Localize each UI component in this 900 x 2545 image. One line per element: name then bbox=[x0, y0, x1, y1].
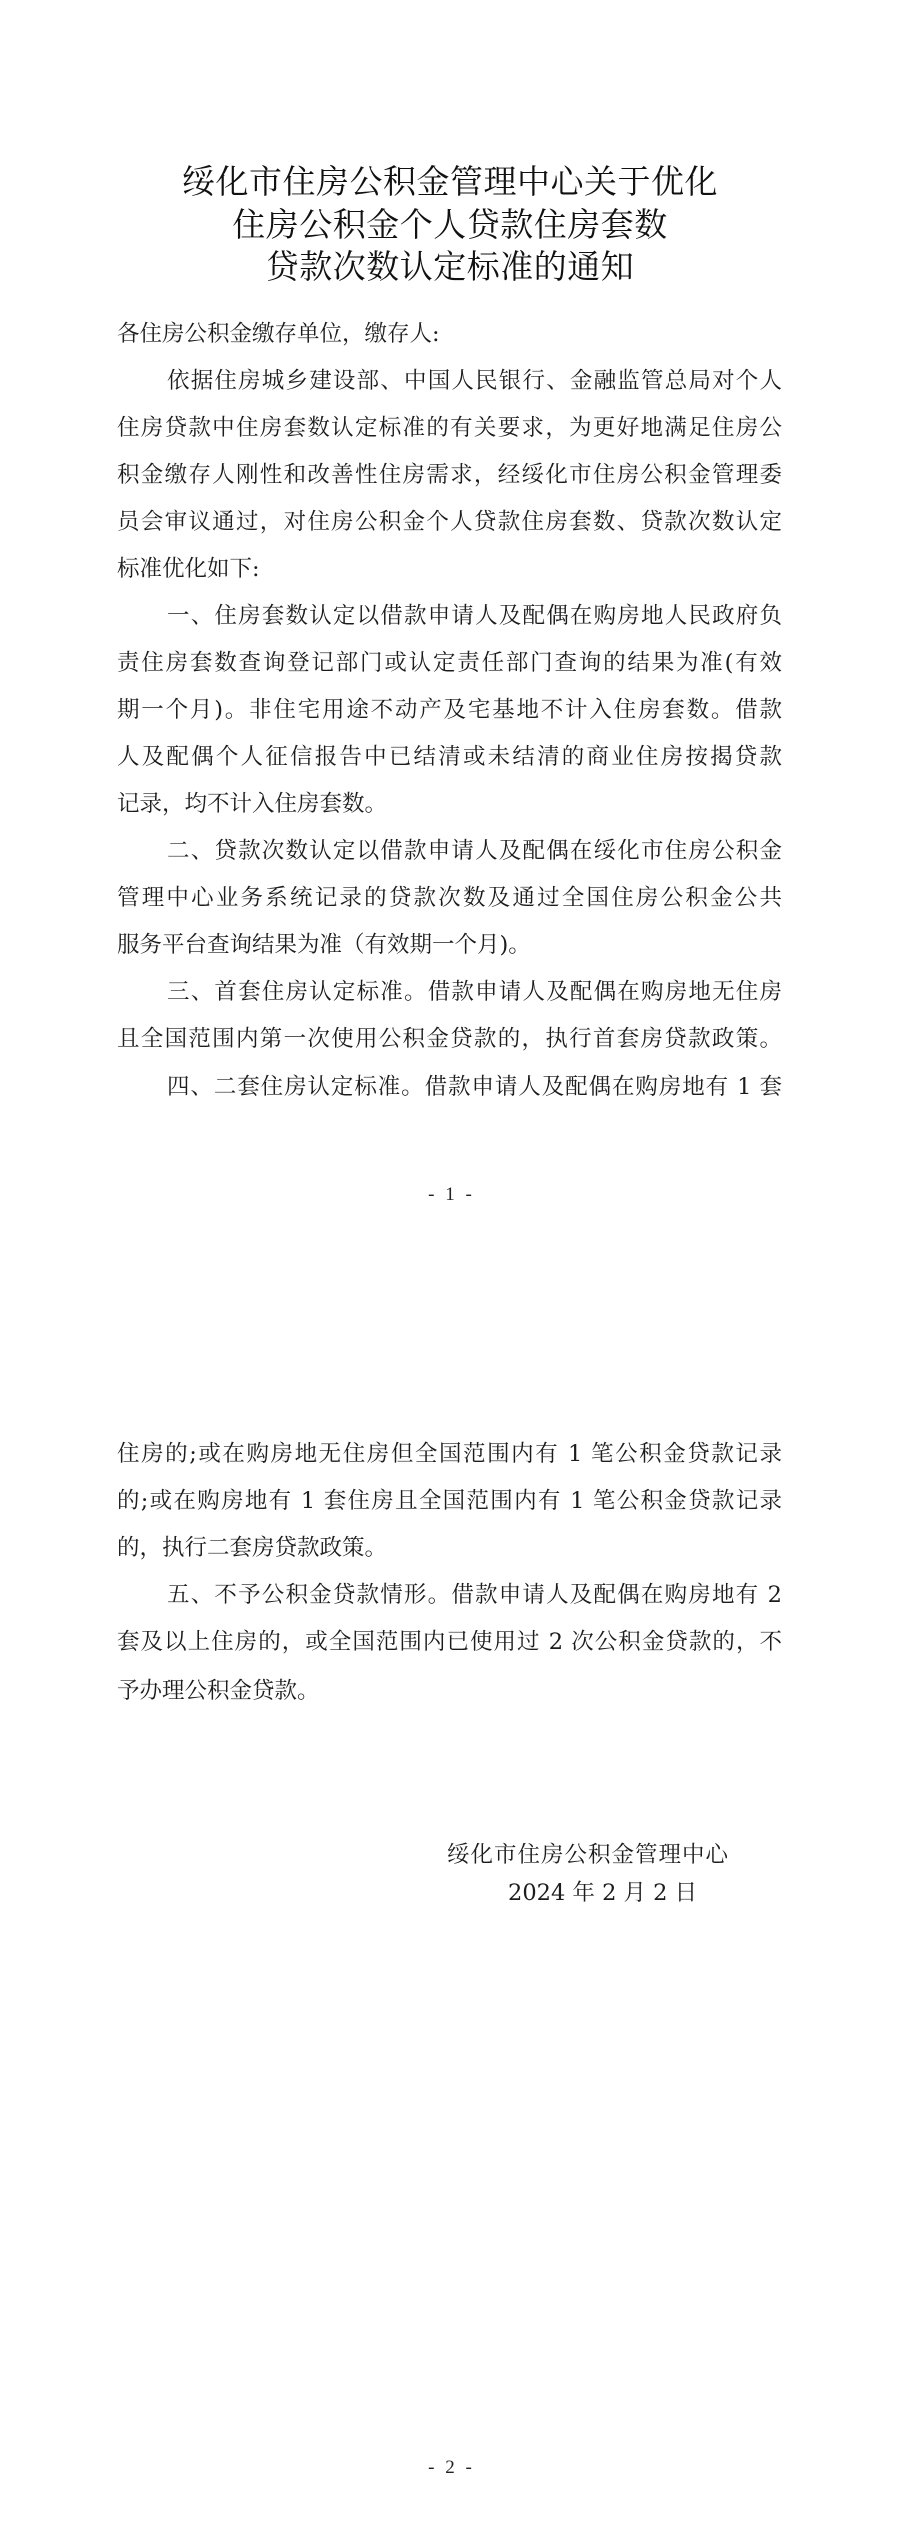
section-5-line: 五、不予公积金贷款情形。借款申请人及配偶在购房地有 2 bbox=[167, 1572, 782, 1619]
signature-date: 2024 年 2 月 2 日 bbox=[508, 1873, 697, 1913]
section-1-line: 责住房套数查询登记部门或认定责任部门查询的结果为准(有效 bbox=[117, 640, 782, 687]
section-3-line: 三、首套住房认定标准。借款申请人及配偶在购房地无住房 bbox=[167, 969, 782, 1016]
section-1-line: 记录，均不计入住房套数。 bbox=[117, 781, 782, 828]
signature-org: 绥化市住房公积金管理中心 bbox=[447, 1835, 729, 1875]
page-number: - 1 - bbox=[0, 1180, 900, 1210]
paragraph-line: 住房贷款中住房套数认定标准的有关要求，为更好地满足住房公 bbox=[117, 405, 782, 452]
document-page: 绥化市住房公积金管理中心关于优化 住房公积金个人贷款住房套数 贷款次数认定标准的… bbox=[0, 0, 900, 2545]
paragraph-line: 标准优化如下: bbox=[117, 546, 782, 593]
section-1-line: 一、住房套数认定以借款申请人及配偶在购房地人民政府负 bbox=[167, 593, 782, 640]
page-number: - 2 - bbox=[0, 2453, 900, 2483]
salutation: 各住房公积金缴存单位，缴存人: bbox=[117, 311, 782, 358]
section-1-line: 期一个月)。非住宅用途不动产及宅基地不计入住房套数。借款 bbox=[117, 687, 782, 734]
section-5-line: 予办理公积金贷款。 bbox=[117, 1668, 782, 1715]
title-line: 贷款次数认定标准的通知 bbox=[0, 246, 900, 289]
section-3-line: 且全国范围内第一次使用公积金贷款的，执行首套房贷款政策。 bbox=[117, 1016, 782, 1063]
paragraph-line: 员会审议通过，对住房公积金个人贷款住房套数、贷款次数认定 bbox=[117, 499, 782, 546]
paragraph-line: 积金缴存人刚性和改善性住房需求，经绥化市住房公积金管理委 bbox=[117, 452, 782, 499]
paragraph-line: 依据住房城乡建设部、中国人民银行、金融监管总局对个人 bbox=[167, 358, 782, 405]
section-4-line: 住房的;或在购房地无住房但全国范围内有 1 笔公积金贷款记录 bbox=[117, 1431, 782, 1478]
section-2-line: 管理中心业务系统记录的贷款次数及通过全国住房公积金公共 bbox=[117, 875, 782, 922]
document-title: 绥化市住房公积金管理中心关于优化 住房公积金个人贷款住房套数 贷款次数认定标准的… bbox=[0, 161, 900, 289]
section-4-line: 的;或在购房地有 1 套住房且全国范围内有 1 笔公积金贷款记录 bbox=[117, 1478, 782, 1525]
section-4-line: 四、二套住房认定标准。借款申请人及配偶在购房地有 1 套 bbox=[167, 1064, 782, 1111]
section-2-line: 服务平台查询结果为准（有效期一个月)。 bbox=[117, 922, 782, 969]
title-line: 绥化市住房公积金管理中心关于优化 bbox=[0, 161, 900, 204]
section-5-line: 套及以上住房的，或全国范围内已使用过 2 次公积金贷款的，不 bbox=[117, 1619, 782, 1666]
section-1-line: 人及配偶个人征信报告中已结清或未结清的商业住房按揭贷款 bbox=[117, 734, 782, 781]
section-4-line: 的，执行二套房贷款政策。 bbox=[117, 1525, 782, 1572]
title-line: 住房公积金个人贷款住房套数 bbox=[0, 204, 900, 247]
section-2-line: 二、贷款次数认定以借款申请人及配偶在绥化市住房公积金 bbox=[167, 828, 782, 875]
